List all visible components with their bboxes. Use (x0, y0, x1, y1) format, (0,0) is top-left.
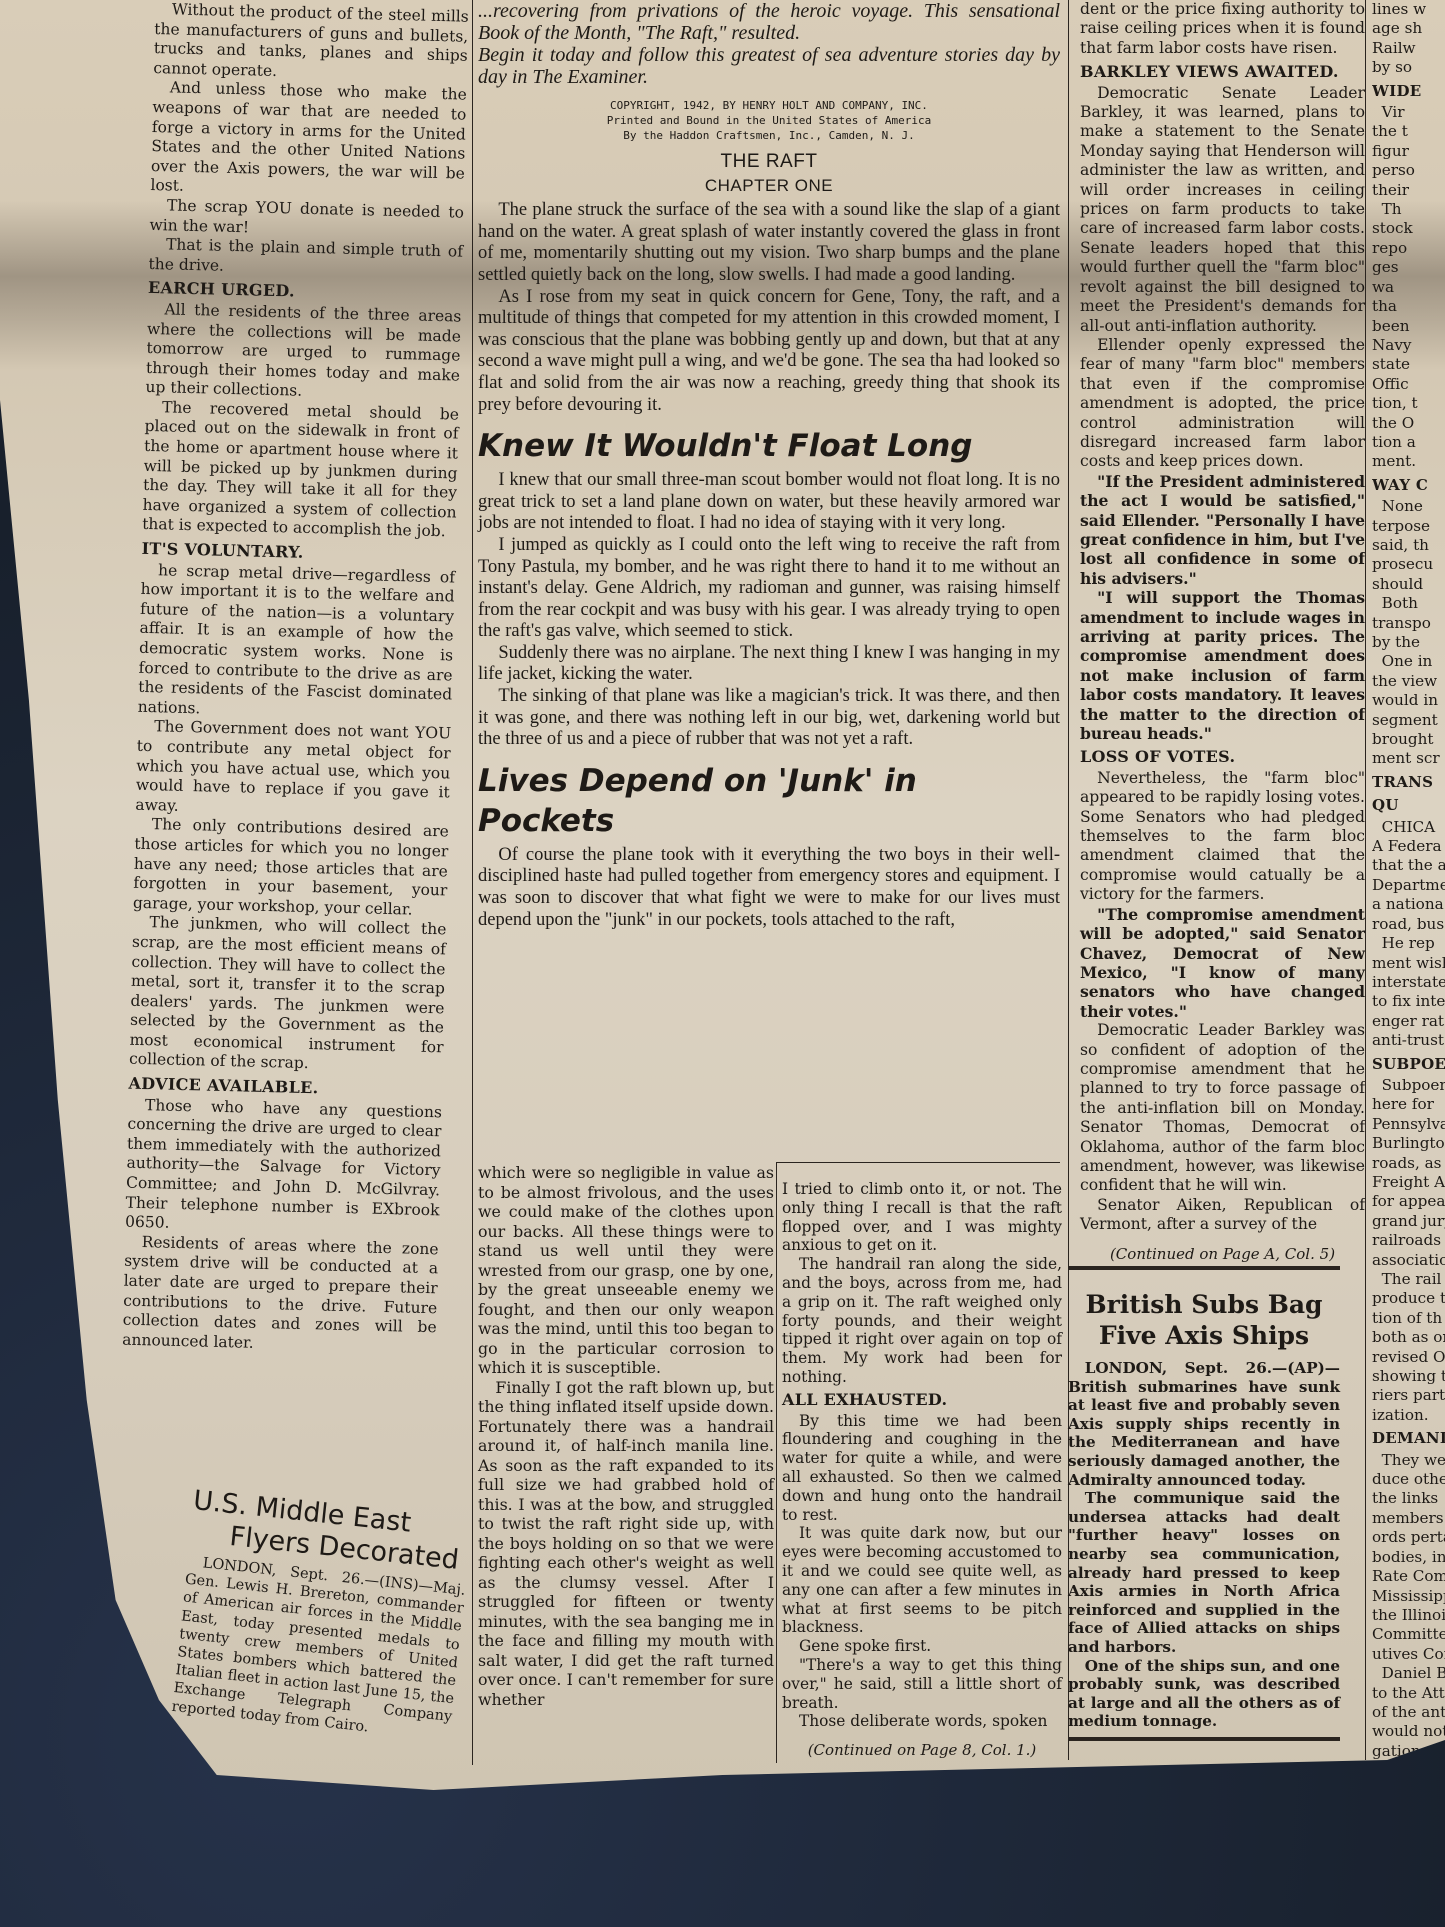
paragraph: I knew that our small three-man scout bo… (478, 470, 1060, 535)
paragraph: The Government does not want YOU to cont… (135, 717, 451, 823)
paragraph: I tried to climb onto it, or not. The on… (782, 1180, 1062, 1255)
text-line: One in (1372, 652, 1445, 671)
paragraph: Democratic Leader Barkley was so confide… (1080, 1021, 1365, 1196)
text-line: ges (1372, 258, 1445, 277)
raft-subcolumn-b: I tried to climb onto it, or not. The on… (782, 1180, 1062, 1760)
text-line: the view (1372, 672, 1445, 691)
text-line: ization. (1372, 1406, 1445, 1425)
text-line: that the a (1372, 856, 1445, 875)
text-line: anti-trust (1372, 1031, 1445, 1050)
british-body: LONDON, Sept. 26.—(AP)—British submarine… (1068, 1359, 1340, 1731)
paragraph: The sinking of that plane was like a mag… (478, 686, 1060, 751)
text-line: Burlington (1372, 1134, 1445, 1153)
copyright-line: By the Haddon Craftsmen, Inc., Camden, N… (478, 128, 1060, 143)
text-line: Railw (1372, 39, 1445, 58)
text-line: age sh (1372, 19, 1445, 38)
text-line: CHICA (1372, 818, 1445, 837)
text-line: roads, as (1372, 1154, 1445, 1173)
paragraph: The handrail ran along the side, and the… (782, 1255, 1062, 1387)
text-line: Daniel B (1372, 1664, 1445, 1683)
text-line: the Illinois- (1372, 1606, 1445, 1625)
paragraph: "There's a way to get this thing over," … (782, 1656, 1062, 1712)
scrap-drive-intro: Without the product of the steel mills t… (148, 0, 469, 282)
text-line: tion, t (1372, 394, 1445, 413)
subheading: QU (1372, 796, 1445, 815)
text-line: Subpoen (1372, 1076, 1445, 1095)
paragraph: By this time we had been floundering and… (782, 1412, 1062, 1525)
section-heading-junk: Lives Depend on 'Junk' in Pockets (478, 761, 1060, 841)
quote-paragraph: "I will support the Thomas amendment to … (1080, 588, 1365, 743)
text-line: association (1372, 1251, 1445, 1270)
newspaper-page: Without the product of the steel mills t… (0, 0, 1445, 1790)
text-line: their (1372, 181, 1445, 200)
farm-sections: BARKLEY VIEWS AWAITED.Democratic Senate … (1080, 62, 1365, 1234)
text-line: railroads a (1372, 1231, 1445, 1250)
british-headline: British Subs Bag Five Axis Ships (1068, 1289, 1340, 1351)
text-line: the t (1372, 122, 1445, 141)
text-line: prosecu (1372, 555, 1445, 574)
text-line: utives Com (1372, 1645, 1445, 1664)
flyers-story: U.S. Middle East Flyers Decorated LONDON… (171, 1485, 474, 1745)
cutoff-column: lines wage shRailwby soWIDE Virthe tfigu… (1372, 0, 1445, 1761)
chapter-heading: CHAPTER ONE (478, 175, 1060, 197)
text-line: been (1372, 317, 1445, 336)
raft-subcolumn-b-after: By this time we had been floundering and… (782, 1412, 1062, 1732)
text-line: both as or (1372, 1328, 1445, 1347)
text-line: ords perta (1372, 1528, 1445, 1547)
paragraph: Residents of areas where the zone system… (122, 1232, 439, 1357)
british-headline-line1: British Subs Bag (1068, 1289, 1340, 1320)
paragraph: The junkmen, who will collect the scrap,… (129, 913, 447, 1077)
subheading: BARKLEY VIEWS AWAITED. (1080, 62, 1365, 81)
paragraph: Democratic Senate Leader Barkley, it was… (1080, 84, 1365, 336)
section-heading-float: Knew It Wouldn't Float Long (478, 426, 1060, 466)
text-line: Mississippi (1372, 1587, 1445, 1606)
raft-title: THE RAFT (478, 151, 1060, 173)
text-line: would not (1372, 1722, 1445, 1741)
paragraph: One of the ships sun, and one probably s… (1068, 1657, 1340, 1731)
paragraph: The only contributions desired are those… (133, 815, 449, 921)
text-line: wa (1372, 278, 1445, 297)
subheading: DEMAND (1372, 1429, 1445, 1448)
paragraph: The recovered metal should be placed out… (142, 398, 459, 543)
text-line: Departme (1372, 876, 1445, 895)
farm-bloc-story: dent or the price fixing authority to ra… (1080, 0, 1365, 1264)
text-line: gation. (1372, 1742, 1445, 1761)
column-divider (776, 1163, 777, 1763)
text-line: ment wish (1372, 954, 1445, 973)
text-line: Th (1372, 200, 1445, 219)
raft-subcolumn-b-top: I tried to climb onto it, or not. The on… (782, 1180, 1062, 1387)
text-line: brought (1372, 730, 1445, 749)
paragraph: Ellender openly expressed the fear of ma… (1080, 336, 1365, 472)
text-line: Pennsylva (1372, 1115, 1445, 1134)
text-line: They we (1372, 1451, 1445, 1470)
paragraph: Of course the plane took with it everyth… (478, 845, 1060, 931)
raft-intro: The plane struck the surface of the sea … (478, 200, 1060, 416)
text-line: bodies, in (1372, 1548, 1445, 1567)
text-line: the O (1372, 414, 1445, 433)
text-line: members s (1372, 1509, 1445, 1528)
text-line: revised O (1372, 1348, 1445, 1367)
text-line: Freight A (1372, 1173, 1445, 1192)
paragraph: I jumped as quickly as I could onto the … (478, 535, 1060, 643)
promo-line: ...recovering from privations of the her… (478, 0, 1060, 44)
farm-top-paragraph: dent or the price fixing authority to ra… (1080, 0, 1365, 58)
text-line: riers parti (1372, 1386, 1445, 1405)
raft-section-junk: Of course the plane took with it everyth… (478, 845, 1060, 931)
raft-section-float: I knew that our small three-man scout bo… (478, 470, 1060, 751)
text-line: would in (1372, 691, 1445, 710)
text-line: Committee (1372, 1625, 1445, 1644)
column-divider (472, 0, 473, 1765)
paragraph: Without the product of the steel mills t… (153, 0, 469, 86)
paragraph: That is the plain and simple truth of th… (148, 235, 463, 282)
text-line: ment scr (1372, 749, 1445, 768)
paragraph: The communique said the undersea attacks… (1068, 1489, 1340, 1656)
text-line: interstate (1372, 973, 1445, 992)
paragraph: Nevertheless, the "farm bloc" appeared t… (1080, 769, 1365, 905)
paragraph: which were so negligible in value as to … (478, 1163, 774, 1378)
rule (776, 1162, 1060, 1163)
raft-subcolumn-a: which were so negligible in value as to … (478, 1163, 774, 1709)
copyright-line: COPYRIGHT, 1942, BY HENRY HOLT AND COMPA… (478, 98, 1060, 113)
text-line: for appear (1372, 1192, 1445, 1211)
subheading: SUBPOEN (1372, 1055, 1445, 1074)
paragraph: Gene spoke first. (782, 1637, 1062, 1656)
text-line: the links (1372, 1489, 1445, 1508)
text-line: He rep (1372, 934, 1445, 953)
text-line: Vir (1372, 103, 1445, 122)
paragraph: Senator Aiken, Republican of Vermont, af… (1080, 1196, 1365, 1235)
subheading: WIDE (1372, 82, 1445, 101)
text-line: lines w (1372, 0, 1445, 19)
quote-paragraph: "If the President administered the act I… (1080, 472, 1365, 588)
text-line: showing th (1372, 1367, 1445, 1386)
text-line: transpo (1372, 614, 1445, 633)
paragraph: Those who have any questions concerning … (125, 1095, 442, 1240)
paragraph: Suddenly there was no airplane. The next… (478, 643, 1060, 686)
paragraph: All the residents of the three areas whe… (145, 300, 461, 406)
text-line: A Federa (1372, 837, 1445, 856)
british-subs-story: British Subs Bag Five Axis Ships LONDON,… (1068, 1275, 1340, 1731)
rule (1068, 1737, 1340, 1741)
text-line: duce other (1372, 1470, 1445, 1489)
copyright-notice: COPYRIGHT, 1942, BY HENRY HOLT AND COMPA… (478, 98, 1060, 143)
text-line: road, bus (1372, 915, 1445, 934)
scrap-drive-sections: EARCH URGED.All the residents of the thr… (122, 278, 462, 1357)
column-divider (1365, 0, 1366, 1760)
text-line: enger rat (1372, 1012, 1445, 1031)
text-line: The rail (1372, 1270, 1445, 1289)
text-line: here for (1372, 1095, 1445, 1114)
text-line: perso (1372, 161, 1445, 180)
text-line: Both (1372, 594, 1445, 613)
copyright-line: Printed and Bound in the United States o… (478, 113, 1060, 128)
raft-promo: ...recovering from privations of the her… (478, 0, 1060, 88)
british-headline-line2: Five Axis Ships (1068, 1320, 1340, 1351)
paragraph: The plane struck the surface of the sea … (478, 200, 1060, 286)
text-line: a nationa (1372, 895, 1445, 914)
text-line: None (1372, 497, 1445, 516)
rule (1068, 1266, 1340, 1270)
subheading: WAY C (1372, 476, 1445, 495)
promo-line: Begin it today and follow this greatest … (478, 44, 1060, 88)
text-line: Navy (1372, 336, 1445, 355)
flyers-body: LONDON, Sept. 26.—(INS)—Maj. Gen. Lewis … (171, 1553, 467, 1745)
paragraph: Those deliberate words, spoken (782, 1712, 1062, 1731)
quote-paragraph: "The compromise amendment will be adopte… (1080, 905, 1365, 1021)
text-line: by so (1372, 58, 1445, 77)
text-line: tion of th (1372, 1309, 1445, 1328)
text-line: ment. (1372, 452, 1445, 471)
raft-story: ...recovering from privations of the her… (478, 0, 1060, 931)
paragraph: As I rose from my seat in quick concern … (478, 287, 1060, 417)
text-line: said, th (1372, 536, 1445, 555)
text-line: grand jury (1372, 1212, 1445, 1231)
text-line: produce th (1372, 1289, 1445, 1308)
text-line: by the (1372, 633, 1445, 652)
continued-page-8: (Continued on Page 8, Col. 1.) (782, 1741, 1062, 1760)
paragraph: he scrap metal drive—regardless of how i… (137, 560, 455, 724)
continued-page-a: (Continued on Page A, Col. 5) (1080, 1245, 1365, 1264)
text-line: Rate Comm (1372, 1567, 1445, 1586)
text-line: to fix inte (1372, 992, 1445, 1011)
text-line: tion a (1372, 433, 1445, 452)
text-line: should (1372, 575, 1445, 594)
paragraph: And unless those who make the weapons of… (150, 78, 467, 203)
text-line: repo (1372, 239, 1445, 258)
text-line: figur (1372, 142, 1445, 161)
subhead-all-exhausted: ALL EXHAUSTED. (782, 1391, 1062, 1410)
text-line: to the Attor (1372, 1684, 1445, 1703)
paragraph: Finally I got the raft blown up, but the… (478, 1378, 774, 1710)
scrap-drive-column: Without the product of the steel mills t… (122, 0, 469, 1358)
subheading: TRANS (1372, 773, 1445, 792)
text-line: of the ant (1372, 1703, 1445, 1722)
text-line: terpose (1372, 517, 1445, 536)
text-line: segment (1372, 711, 1445, 730)
subheading: LOSS OF VOTES. (1080, 747, 1365, 766)
paragraph: LONDON, Sept. 26.—(AP)—British submarine… (1068, 1359, 1340, 1489)
paragraph: It was quite dark now, but our eyes were… (782, 1524, 1062, 1637)
text-line: tha (1372, 297, 1445, 316)
text-line: state (1372, 355, 1445, 374)
text-line: stock (1372, 219, 1445, 238)
text-line: Offic (1372, 375, 1445, 394)
